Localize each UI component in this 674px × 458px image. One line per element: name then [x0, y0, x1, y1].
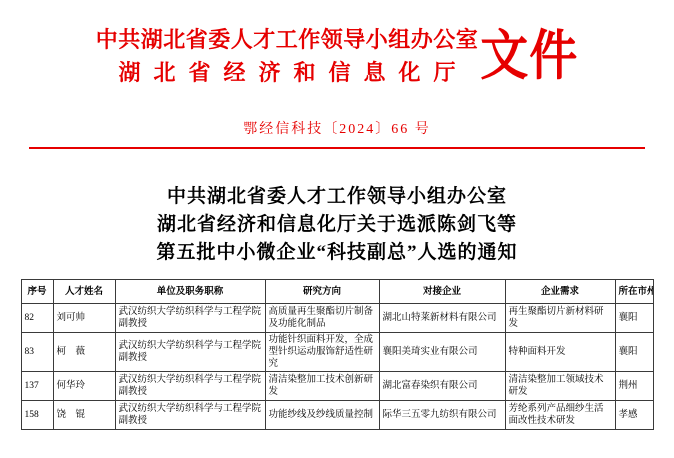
document-title-line1: 中共湖北省委人才工作领导小组办公室 — [0, 183, 674, 211]
cell-city: 襄阳 — [615, 304, 653, 333]
cell-research-direction: 功能纱线及纱线质量控制 — [265, 401, 379, 430]
header-index: 序号 — [21, 280, 53, 304]
table-row: 83 柯 薇 武汉纺织大学纺织科学与工程学院副教授 功能针织面料开发，全成型针织… — [21, 333, 653, 372]
header-company-need: 企业需求 — [505, 280, 615, 304]
header-city: 所在市州 — [615, 280, 653, 304]
cell-city: 孝感 — [615, 401, 653, 430]
table-header: 序号 人才姓名 单位及职务职称 研究方向 对接企业 企业需求 所在市州 — [21, 280, 653, 304]
table-row: 158 饶 锟 武汉纺织大学纺织科学与工程学院副教授 功能纱线及纱线质量控制 际… — [21, 401, 653, 430]
cell-partner-company: 际华三五零九纺织有限公司 — [379, 401, 505, 430]
cell-unit-title: 武汉纺织大学纺织科学与工程学院副教授 — [115, 372, 265, 401]
document-title: 中共湖北省委人才工作领导小组办公室 湖北省经济和信息化厅关于选派陈剑飞等 第五批… — [0, 183, 674, 267]
cell-company-need: 芳纶系列产品细纱生活面改性技术研发 — [505, 401, 615, 430]
letterhead: 中共湖北省委人才工作领导小组办公室 湖北省经济和信息化厅 文件 — [0, 0, 674, 90]
table-row: 82 刘可帅 武汉纺织大学纺织科学与工程学院副教授 高质量再生聚酯切片制备及功能… — [21, 304, 653, 333]
document-page: 中共湖北省委人才工作领导小组办公室 湖北省经济和信息化厅 文件 鄂经信科技〔20… — [0, 0, 674, 458]
table-row: 137 何华玲 武汉纺织大学纺织科学与工程学院副教授 清洁染整加工技术创新研发 … — [21, 372, 653, 401]
letterhead-org-lines: 中共湖北省委人才工作领导小组办公室 湖北省经济和信息化厅 — [96, 24, 479, 90]
cell-partner-company: 湖北山特莱新材料有限公司 — [379, 304, 505, 333]
document-number: 鄂经信科技〔2024〕66 号 — [0, 118, 674, 138]
letterhead-org-line1: 中共湖北省委人才工作领导小组办公室 — [96, 24, 479, 56]
cell-index: 82 — [21, 304, 53, 333]
cell-research-direction: 功能针织面料开发，全成型针织运动服饰舒适性研究 — [265, 333, 379, 372]
document-title-line2: 湖北省经济和信息化厅关于选派陈剑飞等 — [0, 211, 674, 239]
letterhead-doc-word: 文件 — [480, 23, 578, 90]
table-body: 82 刘可帅 武汉纺织大学纺织科学与工程学院副教授 高质量再生聚酯切片制备及功能… — [21, 304, 653, 430]
cell-unit-title: 武汉纺织大学纺织科学与工程学院副教授 — [115, 401, 265, 430]
cell-talent-name: 刘可帅 — [53, 304, 115, 333]
cell-partner-company: 湖北富春染织有限公司 — [379, 372, 505, 401]
cell-talent-name: 何华玲 — [53, 372, 115, 401]
cell-unit-title: 武汉纺织大学纺织科学与工程学院副教授 — [115, 304, 265, 333]
header-research-direction: 研究方向 — [265, 280, 379, 304]
document-title-line3: 第五批中小微企业“科技副总”人选的通知 — [0, 239, 674, 267]
header-talent-name: 人才姓名 — [53, 280, 115, 304]
cell-unit-title: 武汉纺织大学纺织科学与工程学院副教授 — [115, 333, 265, 372]
table-header-row: 序号 人才姓名 单位及职务职称 研究方向 对接企业 企业需求 所在市州 — [21, 280, 653, 304]
cell-research-direction: 高质量再生聚酯切片制备及功能化制品 — [265, 304, 379, 333]
letterhead-org-line2: 湖北省经济和信息化厅 — [96, 56, 492, 90]
red-divider-rule — [29, 147, 645, 149]
cell-index: 137 — [21, 372, 53, 401]
cell-index: 83 — [21, 333, 53, 372]
cell-research-direction: 清洁染整加工技术创新研发 — [265, 372, 379, 401]
cell-city: 荆州 — [615, 372, 653, 401]
talent-roster-table: 序号 人才姓名 单位及职务职称 研究方向 对接企业 企业需求 所在市州 82 刘… — [21, 279, 654, 430]
cell-company-need: 特种面料开发 — [505, 333, 615, 372]
cell-partner-company: 襄阳美琦实业有限公司 — [379, 333, 505, 372]
cell-talent-name: 饶 锟 — [53, 401, 115, 430]
cell-index: 158 — [21, 401, 53, 430]
header-unit-title: 单位及职务职称 — [115, 280, 265, 304]
cell-talent-name: 柯 薇 — [53, 333, 115, 372]
cell-city: 襄阳 — [615, 333, 653, 372]
cell-company-need: 清洁染整加工领域技术研发 — [505, 372, 615, 401]
cell-company-need: 再生聚酯切片新材料研发 — [505, 304, 615, 333]
header-partner-company: 对接企业 — [379, 280, 505, 304]
